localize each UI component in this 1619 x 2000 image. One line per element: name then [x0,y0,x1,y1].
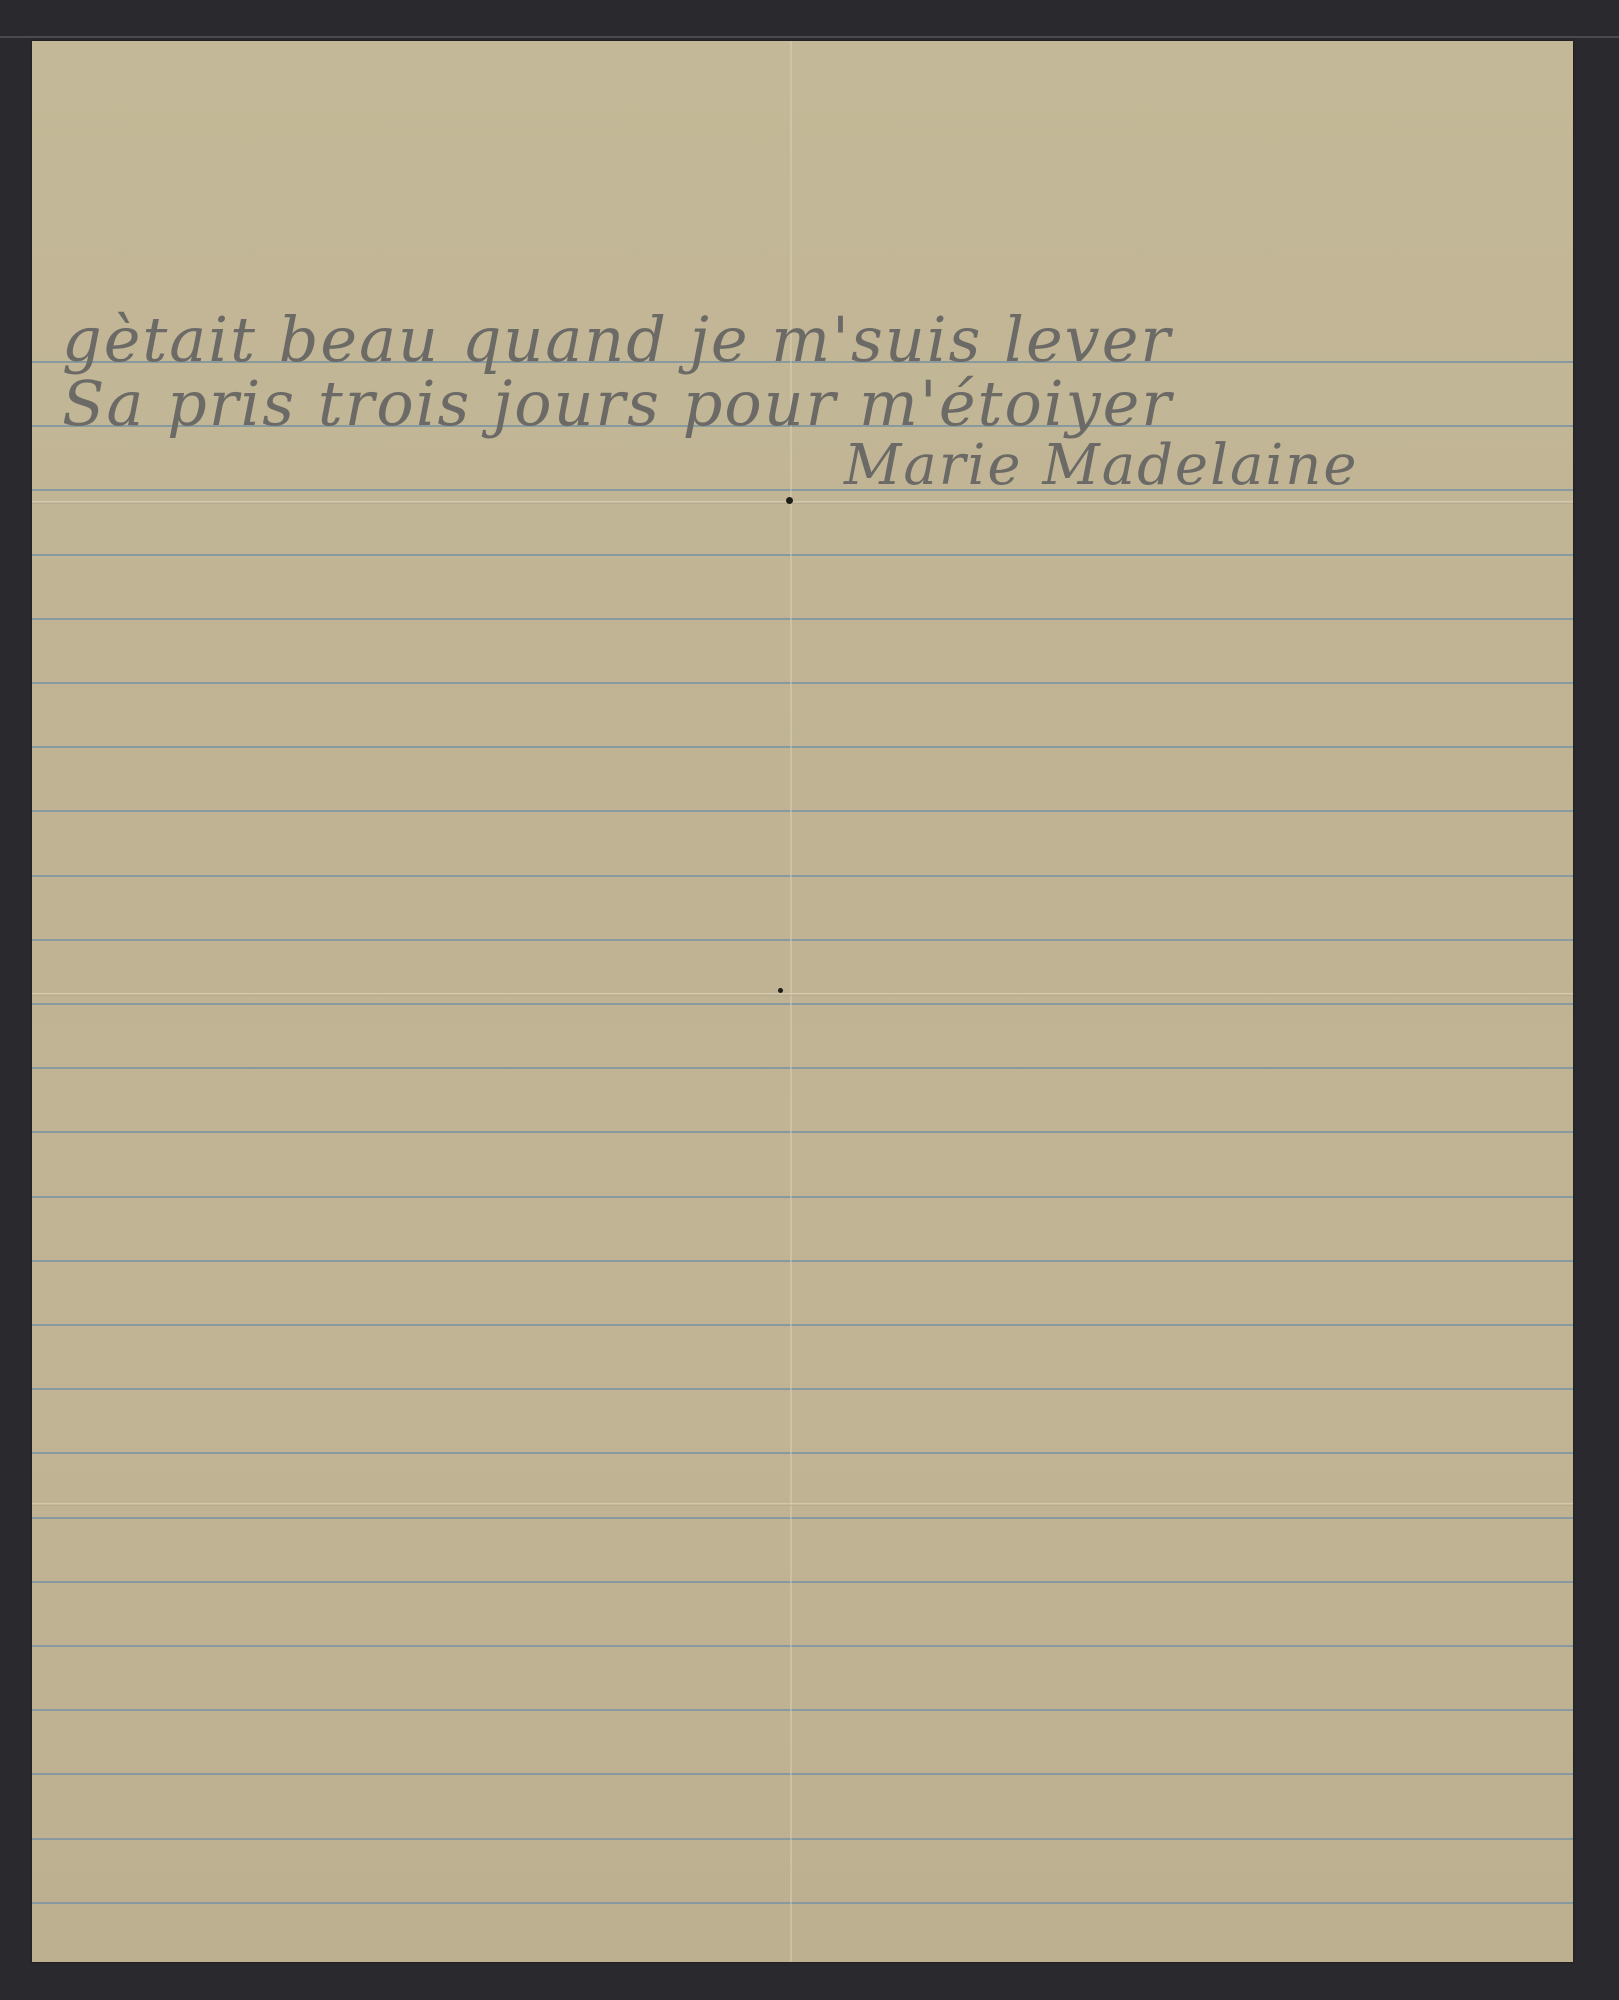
ruled-line [32,1067,1573,1069]
ruled-line [32,875,1573,877]
ruled-line [32,1131,1573,1133]
ruled-line [32,1773,1573,1775]
ruled-line [32,1838,1573,1840]
handwritten-line-2: Sa pris trois jours pour m'étoiyer [62,367,1173,440]
ruled-line [32,1260,1573,1262]
ruled-line [32,1517,1573,1519]
ruled-line [32,1645,1573,1647]
ruled-line [32,554,1573,556]
horizontal-fold [32,993,1573,996]
ruled-line [32,1902,1573,1904]
scanner-edge [0,36,1619,38]
ruled-line [32,1003,1573,1005]
ruled-line [32,682,1573,684]
ruled-line [32,1388,1573,1390]
ruled-line [32,618,1573,620]
ruled-line [32,939,1573,941]
pin-hole [778,988,783,993]
signature: Marie Madelaine [844,433,1358,498]
ruled-line [32,746,1573,748]
pin-hole [786,497,793,504]
handwritten-line-1: gètait beau quand je m'suis lever [62,303,1172,376]
ruled-line [32,1709,1573,1711]
horizontal-fold [32,1503,1573,1506]
ruled-line [32,1324,1573,1326]
ruled-line [32,1452,1573,1454]
ruled-line [32,1196,1573,1198]
ruled-line [32,1581,1573,1583]
letter-page: gètait beau quand je m'suis lever Sa pri… [32,41,1573,1962]
ruled-line [32,810,1573,812]
horizontal-fold [32,501,1573,504]
